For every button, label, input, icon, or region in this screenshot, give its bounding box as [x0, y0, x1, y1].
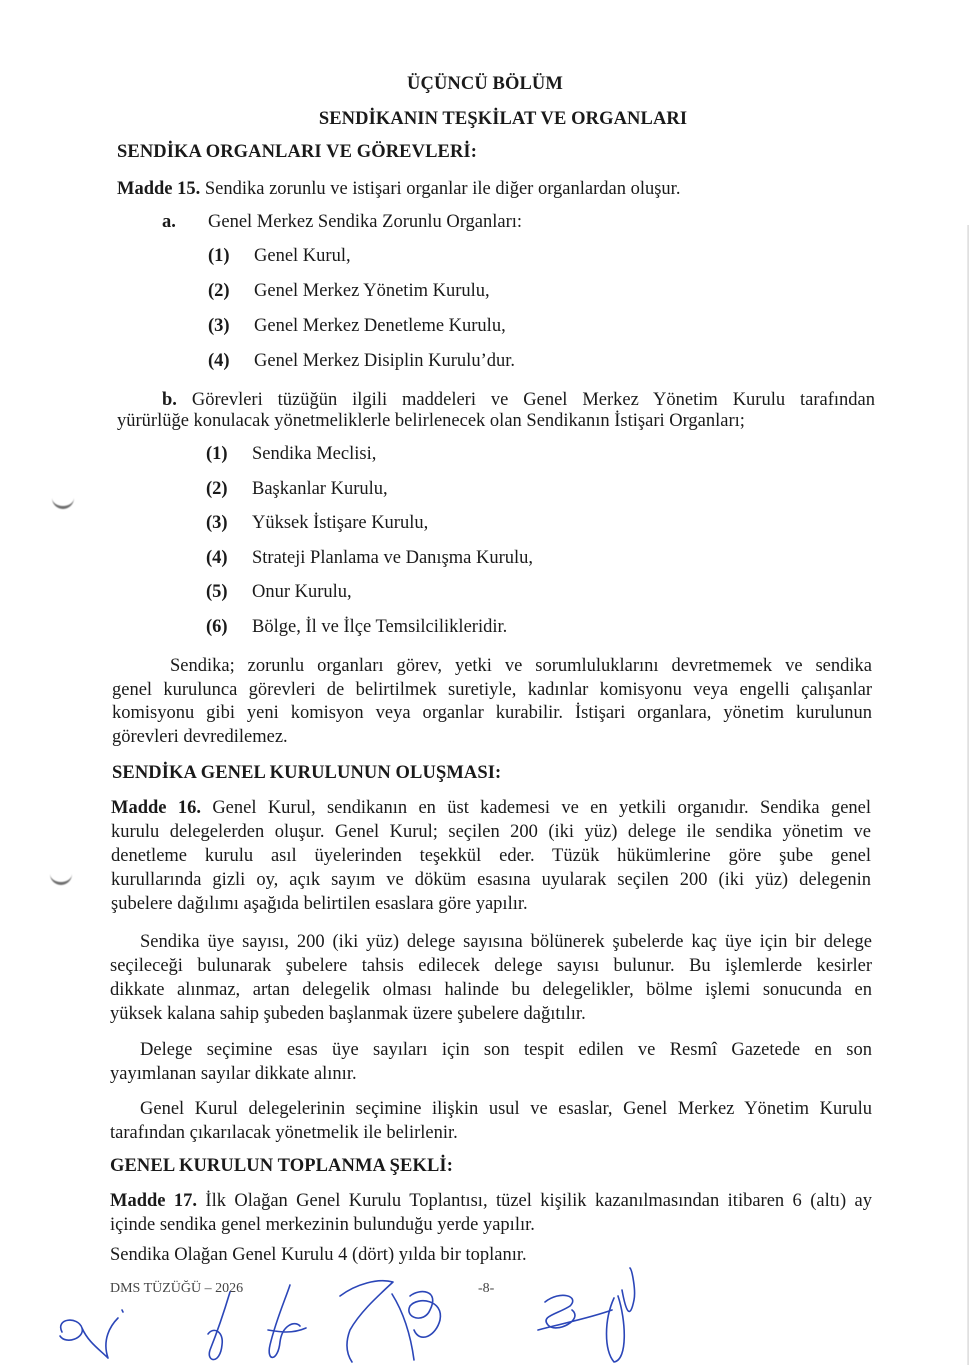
sub-text: Görevleri tüzüğün ilgili maddeleri ve Ge…: [192, 390, 875, 410]
list-item-number: (1): [206, 443, 252, 465]
signature-1: [60, 1310, 123, 1358]
article-label: Madde 16.: [111, 798, 212, 818]
paragraph-line: genel kurulunca görevleri de belirtilmek…: [112, 679, 872, 701]
list-item-number: (2): [208, 280, 254, 302]
list-item-number: (4): [206, 547, 252, 569]
paragraph-line: seçileceği bulunarak şubelere tahsis edi…: [110, 955, 872, 977]
list-item: (6)Bölge, İl ve İlçe Temsilcilikleridir.: [206, 616, 507, 638]
sub-label: a.: [162, 211, 208, 233]
list-item: (4)Genel Merkez Disiplin Kurulu’dur.: [208, 350, 515, 372]
list-item-text: Genel Kurul,: [254, 246, 351, 266]
paragraph-line: dikkate alınmaz, artan delegelik olması …: [110, 979, 872, 1001]
list-item-text: Yüksek İstişare Kurulu,: [252, 513, 428, 533]
signatures-area: [0, 1262, 970, 1371]
paragraph-line: Madde 16. Genel Kurul, sendikanın en üst…: [111, 797, 871, 819]
signature-6: [538, 1268, 635, 1362]
list-item-number: (3): [206, 512, 252, 534]
sub-text: Genel Merkez Sendika Zorunlu Organları:: [208, 212, 522, 232]
list-item-text: Genel Merkez Denetleme Kurulu,: [254, 316, 506, 336]
list-item: (3)Yüksek İstişare Kurulu,: [206, 512, 428, 534]
article-text: Sendika zorunlu ve istişari organlar ile…: [205, 179, 681, 199]
list-item: (4)Strateji Planlama ve Danışma Kurulu,: [206, 547, 533, 569]
list-item: (1)Genel Kurul,: [208, 245, 351, 267]
chapter-subtitle: SENDİKANIN TEŞKİLAT VE ORGANLARI: [18, 108, 970, 130]
scan-edge-line: [967, 225, 969, 1365]
paragraph-line: kurullarında gizli oy, açık sayım ve dök…: [111, 869, 871, 891]
section-heading: SENDİKA ORGANLARI VE GÖREVLERİ:: [117, 141, 477, 163]
paragraph-line: içinde sendika genel merkezinin bulunduğ…: [110, 1214, 535, 1236]
list-item-text: Sendika Meclisi,: [252, 444, 376, 464]
list-item: (2)Başkanlar Kurulu,: [206, 478, 388, 500]
sub-item-b-line2: yürürlüğe konulacak yönetmeliklerle beli…: [117, 410, 745, 432]
list-item-text: Onur Kurulu,: [252, 582, 352, 602]
paragraph-line: kurulu delegelerden oluşur. Genel Kurul;…: [111, 821, 871, 843]
paragraph-line: Sendika üye sayısı, 200 (iki yüz) delege…: [110, 931, 872, 953]
sub-item-b-line1: b. Görevleri tüzüğün ilgili maddeleri ve…: [117, 389, 875, 411]
sub-label: b.: [162, 390, 177, 410]
list-item-number: (2): [206, 478, 252, 500]
chapter-title: ÜÇÜNCÜ BÖLÜM: [0, 73, 970, 95]
signature-3: [268, 1285, 306, 1357]
paragraph-line: görevleri devredilemez.: [112, 726, 288, 748]
list-item-text: Başkanlar Kurulu,: [252, 479, 388, 499]
list-item: (1)Sendika Meclisi,: [206, 443, 376, 465]
list-item-text: Strateji Planlama ve Danışma Kurulu,: [252, 548, 533, 568]
paragraph-line: tarafından çıkarılacak yönetmelik ile be…: [110, 1122, 458, 1144]
paragraph-line: şubelere dağılımı aşağıda belirtilen esa…: [111, 893, 528, 915]
list-item-number: (6): [206, 616, 252, 638]
list-item-number: (3): [208, 315, 254, 337]
paragraph-line: yüksek kalana sahip şubeden başlanmak üz…: [110, 1003, 586, 1025]
paragraph-line: Genel Kurul delegelerinin seçimine ilişk…: [110, 1098, 872, 1120]
sub-item-a: a.Genel Merkez Sendika Zorunlu Organları…: [162, 211, 522, 233]
list-item-text: Genel Merkez Yönetim Kurulu,: [254, 281, 490, 301]
paragraph-line: Sendika; zorunlu organları görev, yetki …: [112, 655, 872, 677]
punch-hole-mark: [52, 494, 74, 509]
list-item: (3)Genel Merkez Denetleme Kurulu,: [208, 315, 506, 337]
paragraph-line: yayımlanan sayılar dikkate alınır.: [110, 1063, 357, 1085]
paragraph-line: komisyonu gibi yeni komisyon veya organl…: [112, 702, 872, 724]
paragraph-line: Madde 17. İlk Olağan Genel Kurulu Toplan…: [110, 1190, 872, 1212]
list-item-text: Bölge, İl ve İlçe Temsilcilikleridir.: [252, 617, 507, 637]
list-item-number: (4): [208, 350, 254, 372]
list-item-number: (5): [206, 581, 252, 603]
document-page: ÜÇÜNCÜ BÖLÜM SENDİKANIN TEŞKİLAT VE ORGA…: [0, 0, 970, 1371]
signature-5: [392, 1292, 440, 1360]
list-item: (2)Genel Merkez Yönetim Kurulu,: [208, 280, 490, 302]
punch-hole-mark: [50, 870, 72, 885]
list-item-number: (1): [208, 245, 254, 267]
article-label: Madde 17.: [110, 1191, 205, 1211]
article-15: Madde 15. Sendika zorunlu ve istişari or…: [117, 178, 680, 200]
paragraph-line: denetleme kurulu asıl üyelerinden teşekk…: [111, 845, 871, 867]
list-item-text: Genel Merkez Disiplin Kurulu’dur.: [254, 351, 515, 371]
list-item: (5)Onur Kurulu,: [206, 581, 352, 603]
signature-2: [208, 1292, 230, 1360]
signature-4: [340, 1281, 393, 1362]
section-heading: SENDİKA GENEL KURULUNUN OLUŞMASI:: [112, 762, 501, 784]
article-label: Madde 15.: [117, 179, 200, 199]
section-heading: GENEL KURULUN TOPLANMA ŞEKLİ:: [110, 1155, 453, 1177]
paragraph-line: Delege seçimine esas üye sayıları için s…: [110, 1039, 872, 1061]
